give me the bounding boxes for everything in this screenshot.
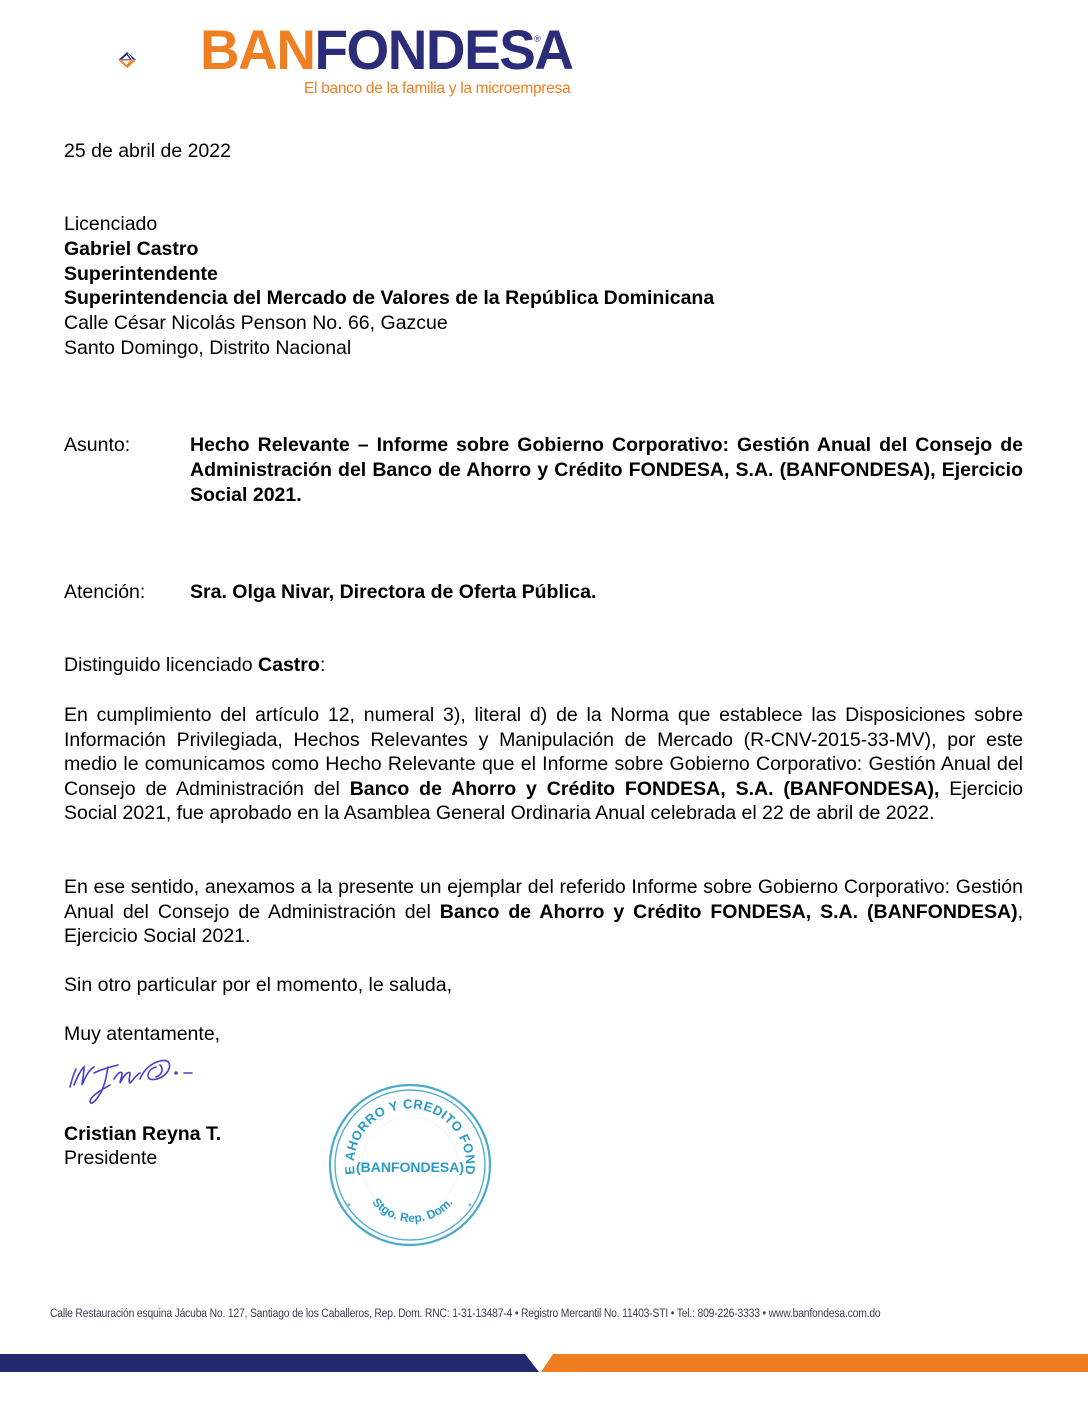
recipient-block: Licenciado Gabriel Castro Superintendent…: [64, 212, 714, 361]
signatory-name: Cristian Reyna T.: [64, 1122, 221, 1147]
banfondesa-diamond-logo-icon: [118, 20, 208, 100]
svg-text:Stgo. Rep. Dom.: Stgo. Rep. Dom.: [370, 1195, 456, 1225]
valediction: Muy atentamente,: [64, 1022, 220, 1047]
company-seal-stamp-icon: BANCO DE AHORRO Y CREDITO FONDESA, S.A. …: [325, 1080, 495, 1250]
salutation: Distinguido licenciado Castro:: [64, 653, 325, 678]
registered-mark: ®: [534, 34, 541, 44]
stamp-center-text: (BANFONDESA): [356, 1159, 464, 1175]
recipient-address-line2: Santo Domingo, Distrito Nacional: [64, 336, 714, 361]
recipient-address-line1: Calle César Nicolás Penson No. 66, Gazcu…: [64, 311, 714, 336]
svg-text:*: *: [347, 1202, 351, 1213]
letter-date: 25 de abril de 2022: [64, 139, 231, 164]
brand-part-fondesa: FONDESA: [314, 18, 572, 81]
brand-part-ban: BAN: [200, 18, 314, 81]
footer-color-band: [0, 1354, 1088, 1372]
recipient-name: Gabriel Castro: [64, 237, 714, 262]
signatory-role: Presidente: [64, 1146, 157, 1171]
subject-label: Asunto:: [64, 433, 130, 458]
body-paragraph-1: En cumplimiento del artículo 12, numeral…: [64, 703, 1023, 826]
footer-contact-line: Calle Restauración esquina Jácuba No. 12…: [50, 1308, 881, 1320]
recipient-institution: Superintendencia del Mercado de Valores …: [64, 286, 714, 311]
stamp-bottom-text: Stgo. Rep. Dom.: [370, 1195, 456, 1225]
subject-text: Hecho Relevante – Informe sobre Gobierno…: [190, 433, 1023, 507]
p1-bank-name: Banco de Ahorro y Crédito FONDESA, S.A. …: [350, 778, 940, 800]
svg-text:*: *: [468, 1202, 472, 1213]
closing-line: Sin otro particular por el momento, le s…: [64, 973, 452, 998]
salutation-prefix: Distinguido licenciado: [64, 654, 258, 676]
recipient-title: Licenciado: [64, 212, 714, 237]
salutation-name: Castro: [258, 654, 320, 676]
attention-text: Sra. Olga Nivar, Directora de Oferta Púb…: [190, 580, 1023, 605]
body-paragraph-2: En ese sentido, anexamos a la presente u…: [64, 875, 1023, 949]
recipient-position: Superintendente: [64, 262, 714, 287]
brand-wordmark: BANFONDESA: [200, 22, 573, 78]
salutation-suffix: :: [320, 654, 325, 676]
p2-bank-name: Banco de Ahorro y Crédito FONDESA, S.A. …: [440, 901, 1018, 923]
attention-label: Atención:: [64, 580, 145, 605]
handwritten-signature-icon: [64, 1055, 234, 1120]
brand-tagline: El banco de la familia y la microempresa: [304, 80, 570, 98]
